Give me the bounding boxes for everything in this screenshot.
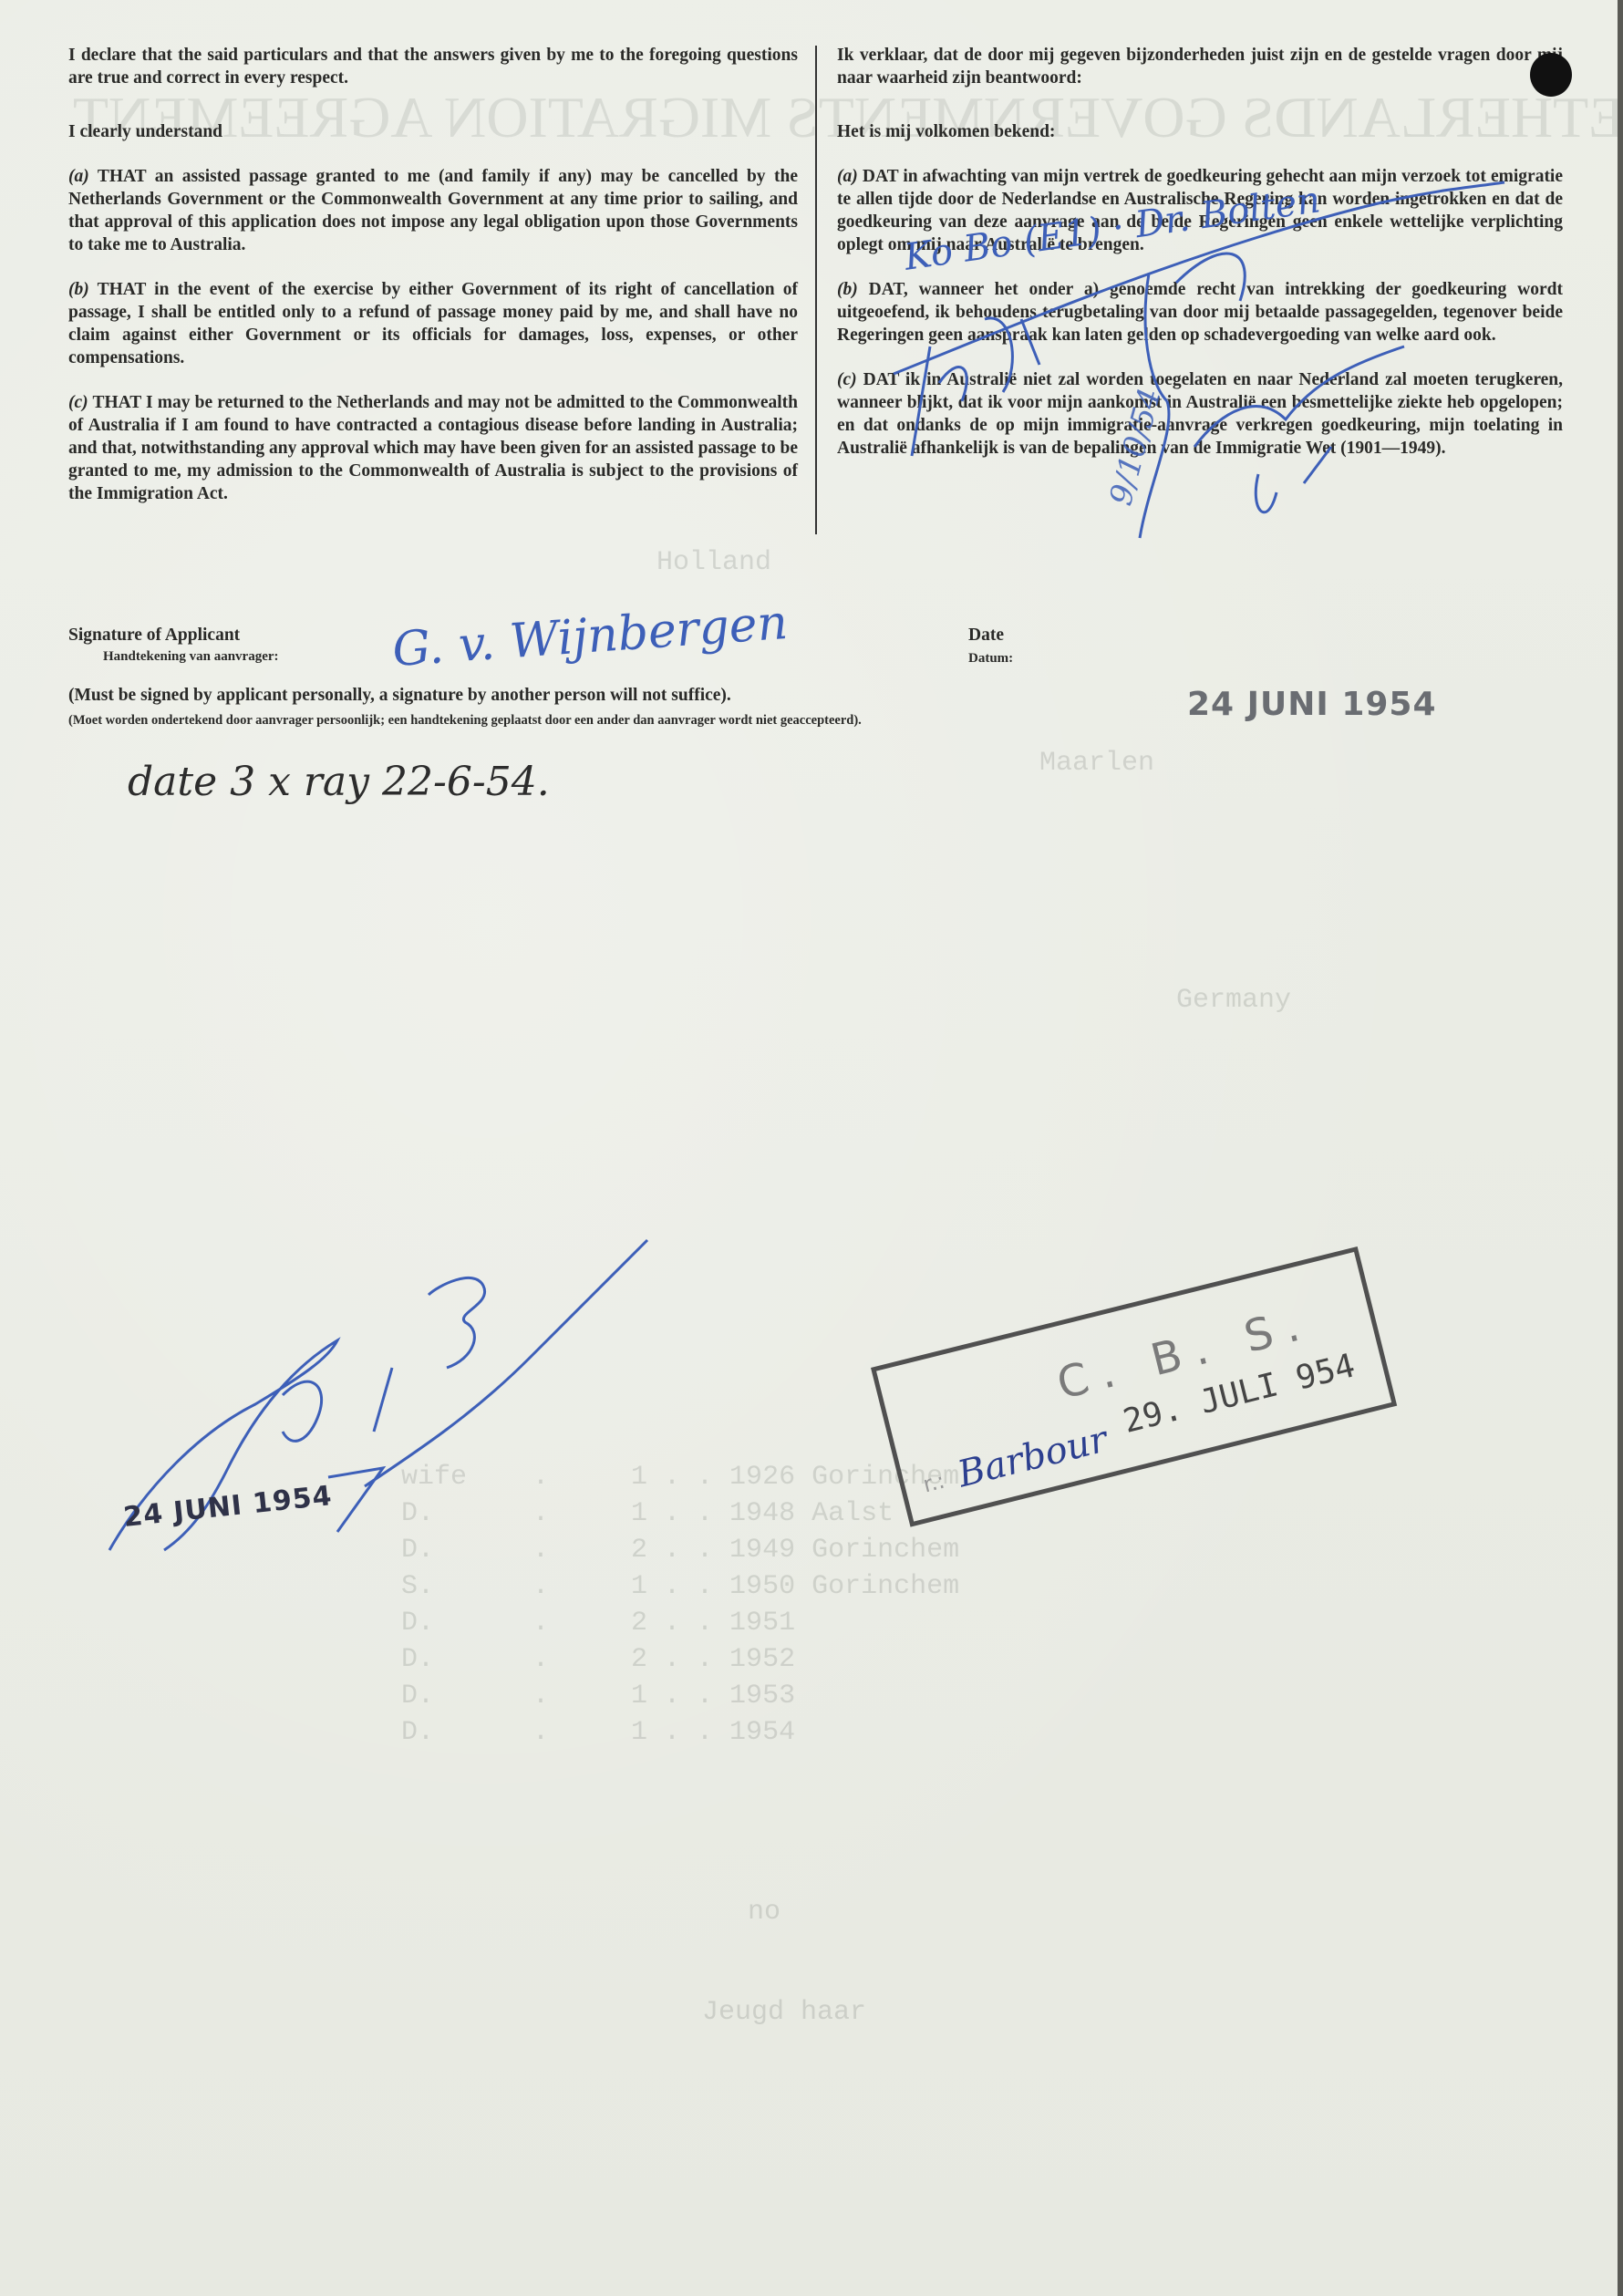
clause-b-en: (b) THAT in the event of the exercise by… — [68, 278, 798, 369]
punch-hole-mark — [1530, 53, 1572, 97]
clause-a-en: (a) THAT an assisted passage granted to … — [68, 165, 798, 256]
bleed-through-field: no — [748, 1897, 780, 1928]
bleed-through-field: Holland — [656, 547, 771, 578]
signature-note: (Must be signed by applicant personally,… — [68, 686, 731, 706]
bleed-through-field: Germany — [1176, 985, 1291, 1016]
declaration-intro-nl: Ik verklaar, dat de door mij gegeven bij… — [837, 44, 1563, 89]
signature-label-nl: Handtekening van aanvrager: — [103, 649, 279, 665]
understand-heading-en: I clearly understand — [68, 120, 798, 143]
column-divider — [815, 46, 817, 534]
document-page: THE AUSTRALIAN AND NETHERLANDS GOVERNMEN… — [0, 0, 1623, 2296]
declaration-intro-en: I declare that the said particulars and … — [68, 44, 798, 89]
date-label-nl: Datum: — [968, 651, 1013, 667]
english-declaration: I declare that the said particulars and … — [68, 44, 798, 505]
date-stamp: 24 JUNI 1954 — [1187, 686, 1437, 723]
signature-label: Signature of Applicant — [68, 626, 240, 646]
date-label: Date — [968, 626, 1004, 646]
cbs-stamp-prefix: r.: — [920, 1468, 946, 1498]
page-edge — [1618, 0, 1623, 2296]
xray-note: date 3 x ray 22-6-54. — [128, 759, 550, 805]
clause-c-en: (c) THAT I may be returned to the Nether… — [68, 391, 798, 505]
cbs-stamp: C. B. S. 29. JULI 954 r.: Barbour — [871, 1246, 1397, 1527]
bleed-through-field: Maarlen — [1039, 748, 1154, 779]
bleed-through-field: Jeugd haar — [702, 1997, 866, 2028]
signature-note-nl: (Moet worden ondertekend door aanvrager … — [68, 713, 862, 729]
cbs-stamp-signature: Barbour — [954, 1418, 1111, 1495]
applicant-signature: G. v. Wijnbergen — [390, 595, 789, 677]
understand-heading-nl: Het is mij volkomen bekend: — [837, 120, 1563, 143]
